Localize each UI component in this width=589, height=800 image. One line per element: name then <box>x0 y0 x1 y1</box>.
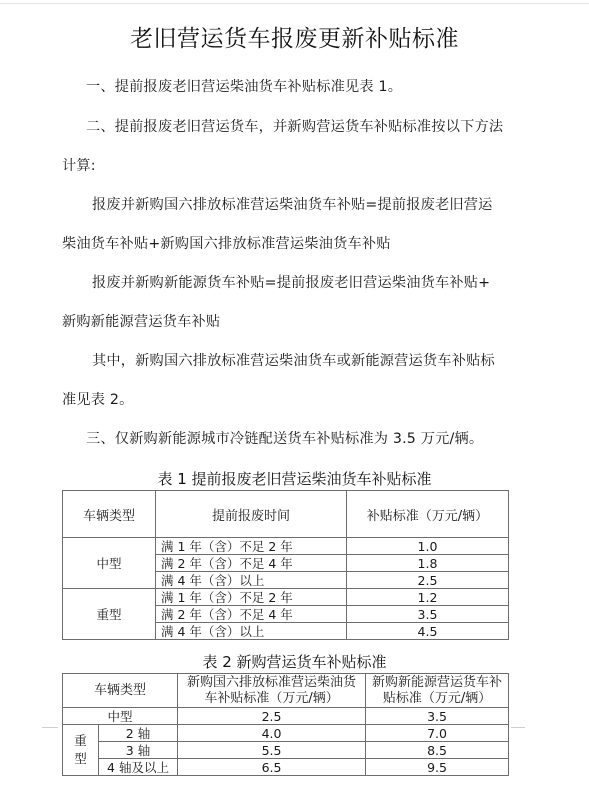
formula-1-line-2: 柴油货车补贴+新购国六排放标准营运柴油货车补贴 <box>62 233 391 253</box>
table2-header-vehicle-type: 车辆类型 <box>63 674 178 708</box>
subsidy-cell: 1.0 <box>347 538 509 555</box>
page-top-border <box>0 3 589 4</box>
subsidy-cell: 1.8 <box>347 555 509 572</box>
table-row: 重型 2 轴 4.0 7.0 <box>63 725 509 742</box>
diesel-subsidy-cell: 5.5 <box>178 742 366 759</box>
document-title: 老旧营运货车报废更新补贴标准 <box>0 20 589 53</box>
paragraph-note-line-2: 准见表 2。 <box>62 389 134 409</box>
new-energy-subsidy-cell: 8.5 <box>366 742 509 759</box>
table2-header-diesel: 新购国六排放标准营运柴油货车补贴标准（万元/辆） <box>178 674 366 708</box>
subsidy-cell: 1.2 <box>347 589 509 606</box>
table1-caption: 表 1 提前报废老旧营运柴油货车补贴标准 <box>0 468 589 489</box>
formula-2-line-2: 新购新能源营运货车补贴 <box>62 311 220 331</box>
page-edge-mark-right <box>511 727 525 728</box>
axle-cell: 2 轴 <box>99 725 178 742</box>
table1-header-scrap-time: 提前报废时间 <box>156 491 347 538</box>
paragraph-2-line-2: 计算: <box>62 155 96 175</box>
table2-new-purchase-subsidy: 车辆类型 新购国六排放标准营运柴油货车补贴标准（万元/辆） 新购新能源营运货车补… <box>62 673 509 776</box>
table1-scrap-subsidy: 车辆类型 提前报废时间 补贴标准（万元/辆） 中型 满 1 年（含）不足 2 年… <box>62 490 509 640</box>
table2-caption: 表 2 新购营运货车补贴标准 <box>0 651 589 672</box>
period-cell: 满 1 年（含）不足 2 年 <box>156 589 347 606</box>
paragraph-2-line-1: 二、提前报废老旧营运货车，并新购营运货车补贴标准按以下方法 <box>86 116 503 136</box>
subsidy-cell: 4.5 <box>347 623 509 640</box>
table1-header-subsidy: 补贴标准（万元/辆） <box>347 491 509 538</box>
table2-header-new-energy: 新购新能源营运货车补贴标准（万元/辆） <box>366 674 509 708</box>
table2-header-row: 车辆类型 新购国六排放标准营运柴油货车补贴标准（万元/辆） 新购新能源营运货车补… <box>63 674 509 708</box>
table1-header-vehicle-type: 车辆类型 <box>63 491 156 538</box>
formula-2-line-1: 报废并新购新能源货车补贴=提前报废老旧营运柴油货车补贴+ <box>92 272 490 292</box>
diesel-subsidy-cell: 6.5 <box>178 759 366 776</box>
period-cell: 满 2 年（含）不足 4 年 <box>156 555 347 572</box>
vehicle-type-cell: 中型 <box>63 708 178 725</box>
period-cell: 满 2 年（含）不足 4 年 <box>156 606 347 623</box>
period-cell: 满 4 年（含）以上 <box>156 623 347 640</box>
period-cell: 满 4 年（含）以上 <box>156 572 347 589</box>
table-row: 4 轴及以上 6.5 9.5 <box>63 759 509 776</box>
paragraph-3: 三、仅新购新能源城市冷链配送货车补贴标准为 3.5 万元/辆。 <box>86 428 483 448</box>
page-edge-mark-left <box>42 727 58 728</box>
new-energy-subsidy-cell: 9.5 <box>366 759 509 776</box>
table-row: 3 轴 5.5 8.5 <box>63 742 509 759</box>
period-cell: 满 1 年（含）不足 2 年 <box>156 538 347 555</box>
vehicle-type-cell: 重型 <box>63 725 99 776</box>
vehicle-type-cell: 中型 <box>63 538 156 589</box>
paragraph-1: 一、提前报废老旧营运柴油货车补贴标准见表 1。 <box>86 76 402 96</box>
table-row: 重型 满 1 年（含）不足 2 年 1.2 <box>63 589 509 606</box>
new-energy-subsidy-cell: 7.0 <box>366 725 509 742</box>
subsidy-cell: 2.5 <box>347 572 509 589</box>
subsidy-cell: 3.5 <box>347 606 509 623</box>
diesel-subsidy-cell: 4.0 <box>178 725 366 742</box>
axle-cell: 3 轴 <box>99 742 178 759</box>
table1-header-row: 车辆类型 提前报废时间 补贴标准（万元/辆） <box>63 491 509 538</box>
table-row: 中型 满 1 年（含）不足 2 年 1.0 <box>63 538 509 555</box>
formula-1-line-1: 报废并新购国六排放标准营运柴油货车补贴=提前报废老旧营运 <box>92 194 493 214</box>
new-energy-subsidy-cell: 3.5 <box>366 708 509 725</box>
vehicle-type-cell: 重型 <box>63 589 156 640</box>
axle-cell: 4 轴及以上 <box>99 759 178 776</box>
table-row: 中型 2.5 3.5 <box>63 708 509 725</box>
diesel-subsidy-cell: 2.5 <box>178 708 366 725</box>
paragraph-note-line-1: 其中，新购国六排放标准营运柴油货车或新能源营运货车补贴标 <box>92 350 495 370</box>
